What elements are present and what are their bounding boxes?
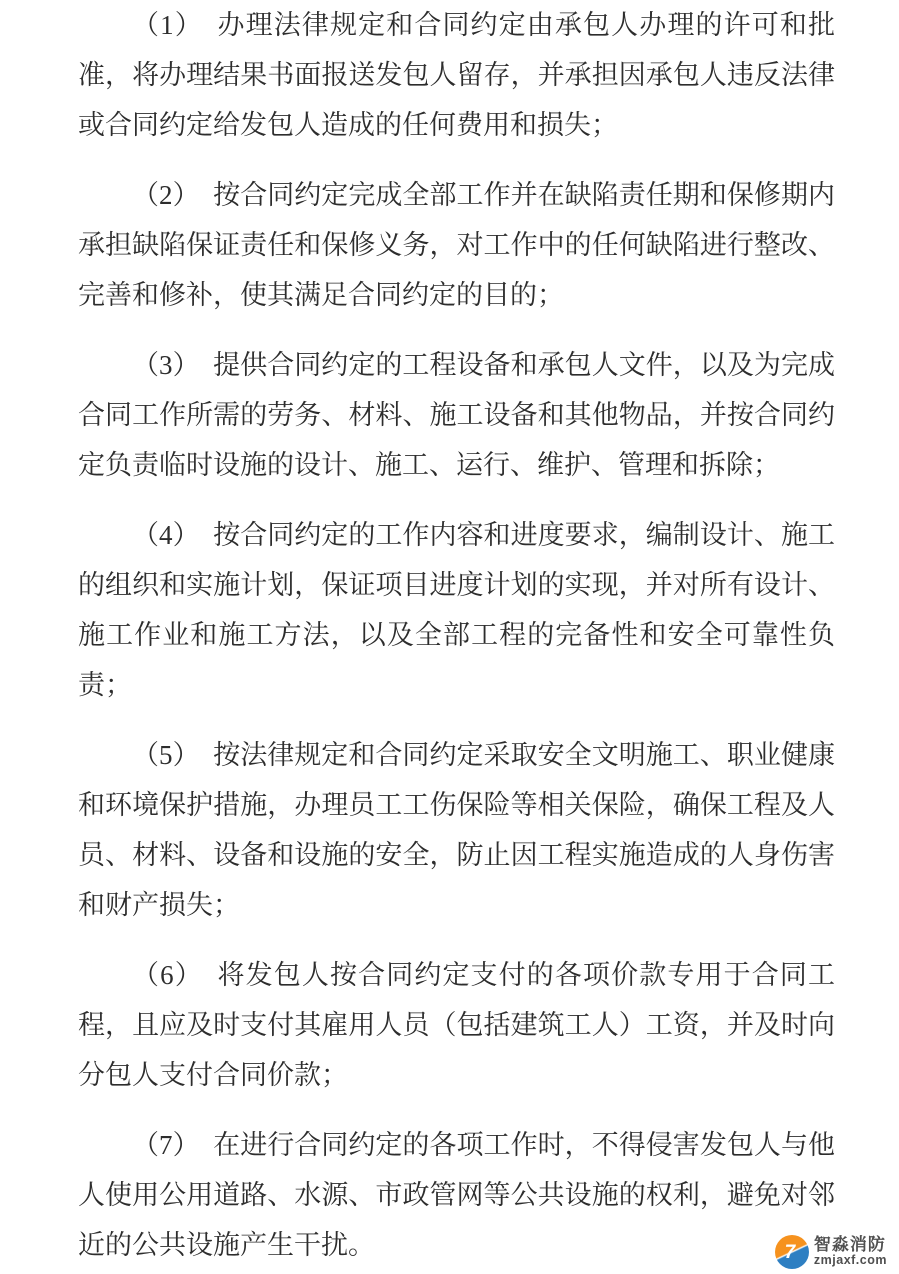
paragraph-line: 程，且应及时支付其雇用人员（包括建筑工人）工资，并及时向 xyxy=(78,1000,835,1050)
paragraph-3: （3） 提供合同约定的工程设备和承包人文件，以及为完成 合同工作所需的劳务、材料… xyxy=(78,340,835,490)
paragraph-line: 近的公共设施产生干扰。 xyxy=(78,1220,835,1270)
paragraph-6: （6） 将发包人按合同约定支付的各项价款专用于合同工 程，且应及时支付其雇用人员… xyxy=(78,950,835,1100)
logo-numeral: 7 xyxy=(785,1243,796,1262)
paragraph-7: （7） 在进行合同约定的各项工作时，不得侵害发包人与他 人使用公用道路、水源、市… xyxy=(78,1120,835,1270)
paragraph-5: （5） 按法律规定和合同约定采取安全文明施工、职业健康 和环境保护措施，办理员工… xyxy=(78,730,835,930)
paragraph-line: （7） 在进行合同约定的各项工作时，不得侵害发包人与他 xyxy=(78,1120,835,1170)
paragraph-line: 施工作业和施工方法，以及全部工程的完备性和安全可靠性负 xyxy=(78,610,835,660)
paragraph-line: （5） 按法律规定和合同约定采取安全文明施工、职业健康 xyxy=(78,730,835,780)
paragraph-line: 承担缺陷保证责任和保修义务，对工作中的任何缺陷进行整改、 xyxy=(78,220,835,270)
paragraph-line: 完善和修补，使其满足合同约定的目的； xyxy=(78,270,835,320)
paragraph-line: 准，将办理结果书面报送发包人留存，并承担因承包人违反法律 xyxy=(78,50,835,100)
brand-logo-icon: 7 xyxy=(775,1235,809,1269)
watermark-text: 智淼消防 zmjaxf.com xyxy=(814,1236,887,1268)
brand-website: zmjaxf.com xyxy=(814,1254,887,1268)
paragraph-line: 责； xyxy=(78,660,835,710)
paragraph-line: （4） 按合同约定的工作内容和进度要求，编制设计、施工 xyxy=(78,510,835,560)
paragraph-line: 和环境保护措施，办理员工工伤保险等相关保险，确保工程及人 xyxy=(78,780,835,830)
paragraph-line: 和财产损失； xyxy=(78,880,835,930)
paragraph-line: （1） 办理法律规定和合同约定由承包人办理的许可和批 xyxy=(78,0,835,50)
paragraph-line: 的组织和实施计划，保证项目进度计划的实现，并对所有设计、 xyxy=(78,560,835,610)
paragraph-line: （2） 按合同约定完成全部工作并在缺陷责任期和保修期内 xyxy=(78,170,835,220)
document-body: （1） 办理法律规定和合同约定由承包人办理的许可和批 准，将办理结果书面报送发包… xyxy=(0,0,899,1270)
paragraph-line: 人使用公用道路、水源、市政管网等公共设施的权利，避免对邻 xyxy=(78,1170,835,1220)
paragraph-4: （4） 按合同约定的工作内容和进度要求，编制设计、施工 的组织和实施计划，保证项… xyxy=(78,510,835,710)
paragraph-line: 定负责临时设施的设计、施工、运行、维护、管理和拆除； xyxy=(78,440,835,490)
paragraph-line: 分包人支付合同价款； xyxy=(78,1050,835,1100)
paragraph-line: 员、材料、设备和设施的安全，防止因工程实施造成的人身伤害 xyxy=(78,830,835,880)
paragraph-line: （6） 将发包人按合同约定支付的各项价款专用于合同工 xyxy=(78,950,835,1000)
paragraph-1: （1） 办理法律规定和合同约定由承包人办理的许可和批 准，将办理结果书面报送发包… xyxy=(78,0,835,150)
brand-name: 智淼消防 xyxy=(814,1236,887,1255)
paragraph-line: （3） 提供合同约定的工程设备和承包人文件，以及为完成 xyxy=(78,340,835,390)
paragraph-line: 或合同约定给发包人造成的任何费用和损失； xyxy=(78,100,835,150)
paragraph-line: 合同工作所需的劳务、材料、施工设备和其他物品，并按合同约 xyxy=(78,390,835,440)
paragraph-2: （2） 按合同约定完成全部工作并在缺陷责任期和保修期内 承担缺陷保证责任和保修义… xyxy=(78,170,835,320)
watermark: 7 智淼消防 zmjaxf.com xyxy=(775,1235,887,1269)
